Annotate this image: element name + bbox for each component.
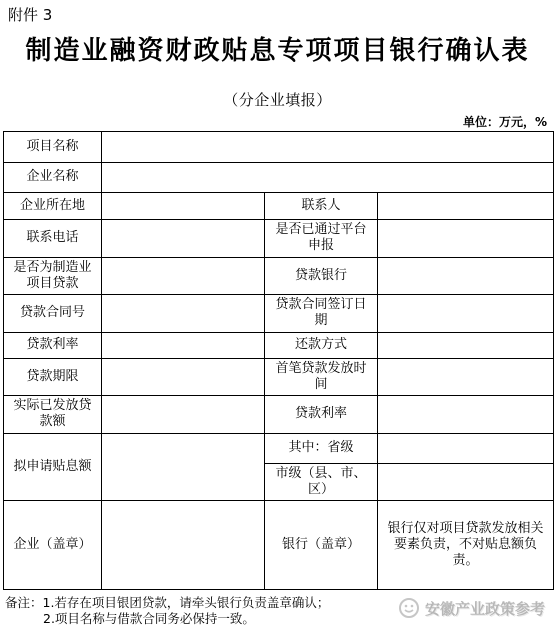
field-value-proposed-subsidy-amount	[102, 433, 265, 501]
field-label-company-name: 企业名称	[4, 163, 102, 193]
field-label-loan-contract-sign-date: 贷款合同签订日期	[265, 295, 378, 333]
field-value-contact-person	[378, 193, 554, 220]
table-row: 贷款合同号 贷款合同签订日期	[4, 295, 554, 333]
field-label-subsidy-city: 市级（县、市、区）	[265, 463, 378, 501]
table-row: 实际已发放贷款额 贷款利率	[4, 396, 554, 434]
field-label-subsidy-provincial: 其中：省级	[265, 433, 378, 463]
field-label-contact-phone: 联系电话	[4, 220, 102, 258]
field-label-company-location: 企业所在地	[4, 193, 102, 220]
field-value-repayment-method	[378, 332, 554, 358]
watermark-logo-icon	[398, 597, 420, 619]
field-value-contact-phone	[102, 220, 265, 258]
field-value-loan-contract-sign-date	[378, 295, 554, 333]
bank-disclaimer-text: 银行仅对项目贷款发放相关要素负责，不对贴息额负责。	[378, 501, 554, 590]
watermark-text: 安徽产业政策参考	[425, 598, 545, 619]
table-row: 企业（盖章） 银行（盖章） 银行仅对项目贷款发放相关要素负责，不对贴息额负责。	[4, 501, 554, 590]
field-label-loan-term: 贷款期限	[4, 358, 102, 396]
document-page: 附件 3 制造业融资财政贴息专项项目银行确认表 （分企业填报） 单位：万元，% …	[0, 0, 555, 633]
field-label-loan-rate: 贷款利率	[4, 332, 102, 358]
table-row: 是否为制造业项目贷款 贷款银行	[4, 257, 554, 295]
table-row: 联系电话 是否已通过平台申报	[4, 220, 554, 258]
watermark: 安徽产业政策参考	[398, 597, 545, 619]
table-row: 贷款期限 首笔贷款发放时间	[4, 358, 554, 396]
company-seal-area	[102, 501, 265, 590]
page-title: 制造业融资财政贴息专项项目银行确认表	[0, 37, 555, 65]
field-label-bank-seal: 银行（盖章）	[265, 501, 378, 590]
unit-note: 单位：万元，%	[0, 115, 555, 129]
field-label-project-name: 项目名称	[4, 132, 102, 163]
field-label-loan-rate-2: 贷款利率	[265, 396, 378, 434]
field-label-repayment-method: 还款方式	[265, 332, 378, 358]
page-subtitle: （分企业填报）	[0, 91, 555, 109]
field-value-subsidy-city	[378, 463, 554, 501]
field-value-loan-contract-no	[102, 295, 265, 333]
field-value-platform-applied	[378, 220, 554, 258]
field-value-loan-term	[102, 358, 265, 396]
field-label-company-seal: 企业（盖章）	[4, 501, 102, 590]
field-value-company-name	[102, 163, 554, 193]
field-value-project-name	[102, 132, 554, 163]
field-label-is-manufacturing-loan: 是否为制造业项目贷款	[4, 257, 102, 295]
field-value-actual-issued-amount	[102, 396, 265, 434]
table-row: 拟申请贴息额 其中：省级	[4, 433, 554, 463]
field-label-first-loan-issue-time: 首笔贷款发放时间	[265, 358, 378, 396]
field-label-loan-contract-no: 贷款合同号	[4, 295, 102, 333]
field-value-loan-rate-2	[378, 396, 554, 434]
attachment-label: 附件 3	[0, 0, 555, 24]
field-value-first-loan-issue-time	[378, 358, 554, 396]
table-row: 贷款利率 还款方式	[4, 332, 554, 358]
field-label-proposed-subsidy-amount: 拟申请贴息额	[4, 433, 102, 501]
table-row: 项目名称	[4, 132, 554, 163]
field-label-contact-person: 联系人	[265, 193, 378, 220]
field-value-loan-bank	[378, 257, 554, 295]
field-value-company-location	[102, 193, 265, 220]
table-row: 企业名称	[4, 163, 554, 193]
field-label-platform-applied: 是否已通过平台申报	[265, 220, 378, 258]
field-label-loan-bank: 贷款银行	[265, 257, 378, 295]
table-row: 企业所在地 联系人	[4, 193, 554, 220]
confirmation-form-table: 项目名称 企业名称 企业所在地 联系人 联系电话 是否已通过平台申报 是否为制造…	[3, 131, 554, 590]
field-value-subsidy-provincial	[378, 433, 554, 463]
field-value-loan-rate	[102, 332, 265, 358]
field-label-actual-issued-amount: 实际已发放贷款额	[4, 396, 102, 434]
field-value-is-manufacturing-loan	[102, 257, 265, 295]
